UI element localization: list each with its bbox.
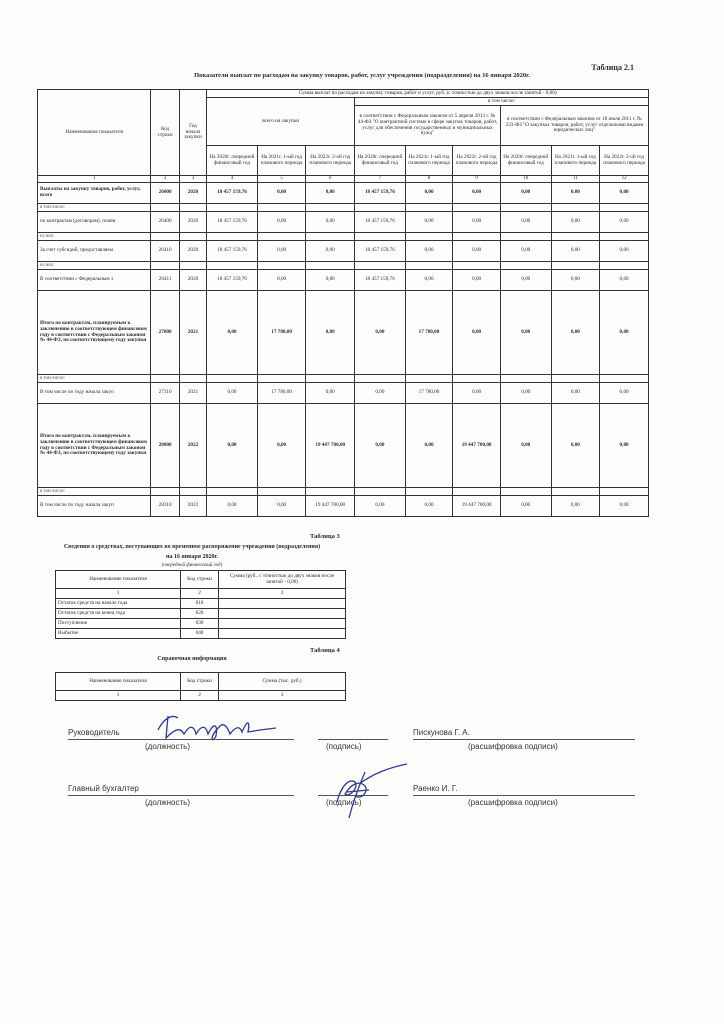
row-value: 18 457 159,76 [207,270,258,291]
row-value: 0,00 [453,212,501,233]
row-value: 0,00 [551,383,600,404]
row-name: Остаток средств на начало года [56,599,181,609]
empty-cell [179,262,206,270]
table-2-1-label: Таблица 2.1 [591,63,634,72]
header-law-44: в соответствии с Федеральным законом от … [355,106,501,146]
empty-cell [306,375,355,383]
table-row: В том числе по году начала закуп28310202… [38,496,649,517]
empty-cell [257,488,306,496]
row-value: 18 457 159,76 [355,212,406,233]
empty-cell [500,233,551,241]
row-value: 0,00 [306,270,355,291]
empty-cell [257,375,306,383]
row-value: 18 457 159,76 [355,241,406,262]
table-subheading-row: из них: [38,233,649,241]
table-row: Выбытие040 [56,629,346,639]
accountant-name: Раенко И. Г. [413,784,457,793]
row-value: 0,00 [207,383,258,404]
row-name: Выбытие [56,629,181,639]
table-row: Итого по контрактам, планируемым к заклю… [38,291,649,375]
row-value: 19 447 700,00 [306,496,355,517]
header-code: Код строки [151,90,179,176]
table-row: В том числе по году начала закуп27310202… [38,383,649,404]
row-code: 030 [181,619,219,629]
row-code: 010 [181,599,219,609]
row-value: 0,00 [207,291,258,375]
accountant-position-caption: (должность) [145,798,190,807]
table-row: В соответствии с Федеральным з2641120201… [38,270,649,291]
row-code: 26411 [151,270,179,291]
row-value: 17 780,00 [257,383,306,404]
row-value: 0,00 [500,496,551,517]
head-signature-caption: (подпись) [326,742,362,751]
table-subheading-row: в том числе: [38,375,649,383]
empty-cell [600,262,649,270]
row-value: 17 780,00 [405,291,453,375]
t4-header-code: Код строки [181,673,219,691]
header-period: На 2020г. очередной финансовый год [500,146,551,176]
column-number: 7 [355,176,406,183]
column-number: 12 [600,176,649,183]
row-value: 0,00 [453,270,501,291]
empty-cell [207,262,258,270]
t4-header-name: Наименование показателя [56,673,181,691]
empty-cell [355,233,406,241]
row-value: 0,00 [600,241,649,262]
column-number: 2 [151,176,179,183]
row-value: 17 780,00 [405,383,453,404]
row-value: 0,00 [453,241,501,262]
row-value: 0,00 [405,270,453,291]
empty-cell [500,204,551,212]
row-value: 18 457 159,76 [207,241,258,262]
row-value: 0,00 [405,212,453,233]
column-number: 11 [551,176,600,183]
t3-num-1: 1 [56,589,181,599]
empty-cell [151,262,179,270]
empty-cell [405,262,453,270]
row-code: 27310 [151,383,179,404]
row-value: 0,00 [600,291,649,375]
row-value: 0,00 [257,241,306,262]
row-value: 19 447 700,00 [453,404,501,488]
row-value: 0,00 [306,183,355,204]
row-value: 0,00 [500,241,551,262]
empty-cell [551,233,600,241]
empty-cell [600,488,649,496]
header-period: На 2020г. очередной финансовый год [207,146,258,176]
row-subheading: в том числе: [38,204,151,212]
empty-cell [179,233,206,241]
row-code: 020 [181,609,219,619]
row-subheading: из них: [38,233,151,241]
t3-num-3: 3 [219,589,346,599]
row-code: 26410 [151,241,179,262]
table-row: За счет субсидий, предоставляем264102020… [38,241,649,262]
row-value: 0,00 [355,404,406,488]
header-period: На 2021г. 1-ый год планового периода [405,146,453,176]
t4-num-2: 2 [181,691,219,701]
table-row: Остаток средств на конец года020 [56,609,346,619]
header-total: всего на закупки [207,98,355,146]
table-3-date: на 16 января 2020г. [37,554,347,560]
head-name: Пискунова Г. А. [413,728,470,737]
row-name: Итого по контрактам, планируемым к заклю… [38,291,151,375]
row-code: 28000 [151,404,179,488]
empty-cell [551,488,600,496]
header-law-223: в соответствии с Федеральным законом от … [500,106,648,146]
row-value: 0,00 [405,404,453,488]
row-sum [219,609,346,619]
empty-cell [551,262,600,270]
empty-cell [151,375,179,383]
column-number: 9 [453,176,501,183]
row-value: 0,00 [600,212,649,233]
row-value: 0,00 [306,241,355,262]
head-handwritten-signature [150,708,280,748]
header-period: На 2020г. очередной финансовый год [355,146,406,176]
header-period: На 2021г. 1-ый год планового периода [257,146,306,176]
table-row: по контрактам (договорам), плани26400202… [38,212,649,233]
t4-num-3: 3 [219,691,346,701]
accountant-position-line [68,795,294,796]
empty-cell [453,233,501,241]
row-value: 0,00 [453,291,501,375]
row-name: Выплаты на закупку товаров, работ, услуг… [38,183,151,204]
row-name: За счет субсидий, предоставляем [38,241,151,262]
column-number: 3 [179,176,206,183]
row-value: 18 457 159,76 [207,212,258,233]
table-2-1: Наименование показателя Код строки Год н… [37,89,649,517]
empty-cell [207,204,258,212]
header-year: Год начала закупки [179,90,206,176]
row-subheading: из них: [38,262,151,270]
row-value: 0,00 [453,183,501,204]
row-year: 2020 [179,212,206,233]
row-value: 0,00 [551,404,600,488]
row-name: Итого по контрактам, планируемым к заклю… [38,404,151,488]
row-sum [219,629,346,639]
row-value: 0,00 [355,496,406,517]
row-value: 19 447 700,00 [306,404,355,488]
header-period: На 2022г. 2-ой год планового периода [600,146,649,176]
header-period: На 2022г. 2-ой год планового периода [306,146,355,176]
table-3-subtitle: (очередной финансовый год) [37,563,347,568]
accountant-decoding-caption: (расшифровка подписи) [468,798,558,807]
empty-cell [257,204,306,212]
empty-cell [179,488,206,496]
column-number: 6 [306,176,355,183]
row-year: 2022 [179,404,206,488]
empty-cell [500,262,551,270]
row-value: 0,00 [405,241,453,262]
accountant-role: Главный бухгалтер [68,784,139,793]
empty-cell [306,488,355,496]
row-value: 0,00 [500,404,551,488]
row-name: Остаток средств на конец года [56,609,181,619]
row-year: 2022 [179,496,206,517]
row-value: 0,00 [257,404,306,488]
t3-num-2: 2 [181,589,219,599]
empty-cell [405,375,453,383]
header-period: На 2022г. 2-ой год планового периода [453,146,501,176]
empty-cell [355,204,406,212]
header-sum-group: Сумма выплат по расходам на закупку това… [207,90,649,98]
row-subheading: в том числе: [38,375,151,383]
table-row: Итого по контрактам, планируемым к заклю… [38,404,649,488]
empty-cell [405,488,453,496]
table-3: Наименование показателя Код строки Сумма… [55,570,346,639]
row-code: 040 [181,629,219,639]
head-signature-line [318,739,388,740]
t3-header-name: Наименование показателя [56,571,181,589]
row-year: 2020 [179,270,206,291]
table-subheading-row: в том числе: [38,488,649,496]
empty-cell [306,262,355,270]
empty-cell [306,233,355,241]
row-value: 0,00 [600,270,649,291]
empty-cell [151,488,179,496]
row-value: 0,00 [355,291,406,375]
row-value: 0,00 [257,496,306,517]
row-value: 18 457 159,76 [355,270,406,291]
empty-cell [405,233,453,241]
row-code: 27000 [151,291,179,375]
empty-cell [207,488,258,496]
empty-cell [600,233,649,241]
head-decoding-caption: (расшифровка подписи) [468,742,558,751]
row-code: 28310 [151,496,179,517]
row-value: 0,00 [306,383,355,404]
empty-cell [257,233,306,241]
empty-cell [453,204,501,212]
row-value: 0,00 [500,212,551,233]
row-value: 0,00 [551,212,600,233]
empty-cell [551,204,600,212]
row-name: В соответствии с Федеральным з [38,270,151,291]
row-value: 0,00 [453,383,501,404]
table-subheading-row: из них: [38,262,649,270]
table-4: Наименование показателя Код строки Сумма… [55,672,346,701]
accountant-handwritten-signature [325,762,410,822]
row-value: 0,00 [500,270,551,291]
t3-header-code: Код строки [181,571,219,589]
header-name: Наименование показателя [38,90,151,176]
table-2-1-title: Показатели выплат по расходам на закупку… [0,72,724,79]
row-value: 0,00 [257,212,306,233]
header-period: На 2021г. 1-ый год планового периода [551,146,600,176]
column-number: 5 [257,176,306,183]
row-year: 2020 [179,241,206,262]
t4-header-sum: Сумма (тыс. руб.) [219,673,346,691]
header-incl: в том числе: [355,98,649,106]
table-3-label: Таблица 3 [310,533,340,540]
row-code: 26400 [151,212,179,233]
row-value: 0,00 [355,383,406,404]
empty-cell [151,204,179,212]
empty-cell [179,204,206,212]
empty-cell [257,262,306,270]
row-value: 0,00 [600,404,649,488]
row-value: 0,00 [257,270,306,291]
row-value: 17 780,00 [257,291,306,375]
row-name: В том числе по году начала закуп [38,383,151,404]
empty-cell [453,488,501,496]
row-subheading: в том числе: [38,488,151,496]
row-value: 0,00 [207,404,258,488]
row-value: 0,00 [551,496,600,517]
table-4-title: Справочная информация [37,656,347,662]
table-3-title: Сведения о средствах, поступающих во вре… [37,544,347,550]
head-decoding-line [413,739,635,740]
empty-cell [306,204,355,212]
row-value: 0,00 [500,291,551,375]
row-name: Поступление [56,619,181,629]
row-value: 0,00 [207,496,258,517]
row-value: 0,00 [551,270,600,291]
row-value: 0,00 [551,291,600,375]
empty-cell [453,262,501,270]
row-value: 0,00 [405,183,453,204]
column-number: 1 [38,176,151,183]
empty-cell [355,262,406,270]
table-subheading-row: в том числе: [38,204,649,212]
row-value: 19 447 700,00 [453,496,501,517]
table-row: Поступление030 [56,619,346,629]
row-value: 0,00 [500,383,551,404]
empty-cell [179,375,206,383]
empty-cell [355,488,406,496]
empty-cell [500,488,551,496]
empty-cell [500,375,551,383]
empty-cell [600,375,649,383]
empty-cell [207,233,258,241]
row-value: 0,00 [306,291,355,375]
empty-cell [551,375,600,383]
row-value: 18 457 159,76 [355,183,406,204]
row-value: 0,00 [500,183,551,204]
row-name: по контрактам (договорам), плани [38,212,151,233]
table-4-label: Таблица 4 [310,647,340,654]
column-number: 4 [207,176,258,183]
column-number: 10 [500,176,551,183]
row-value: 0,00 [257,183,306,204]
row-value: 0,00 [600,183,649,204]
column-number: 8 [405,176,453,183]
row-value: 0,00 [600,383,649,404]
t4-num-1: 1 [56,691,181,701]
empty-cell [453,375,501,383]
table-row: Остаток средств на начало года010 [56,599,346,609]
row-sum [219,619,346,629]
accountant-decoding-line [413,795,635,796]
row-year: 2021 [179,291,206,375]
head-role: Руководитель [68,728,120,737]
row-name: В том числе по году начала закуп [38,496,151,517]
row-code: 26000 [151,183,179,204]
empty-cell [207,375,258,383]
row-value: 0,00 [405,496,453,517]
t3-header-sum: Сумма (руб., с точностью до двух знаков … [219,571,346,589]
row-value: 0,00 [306,212,355,233]
row-year: 2020 [179,183,206,204]
empty-cell [151,233,179,241]
row-value: 0,00 [551,183,600,204]
row-value: 0,00 [600,496,649,517]
row-value: 0,00 [551,241,600,262]
row-value: 18 457 159,76 [207,183,258,204]
empty-cell [405,204,453,212]
table-row: Выплаты на закупку товаров, работ, услуг… [38,183,649,204]
row-sum [219,599,346,609]
row-year: 2021 [179,383,206,404]
empty-cell [355,375,406,383]
empty-cell [600,204,649,212]
